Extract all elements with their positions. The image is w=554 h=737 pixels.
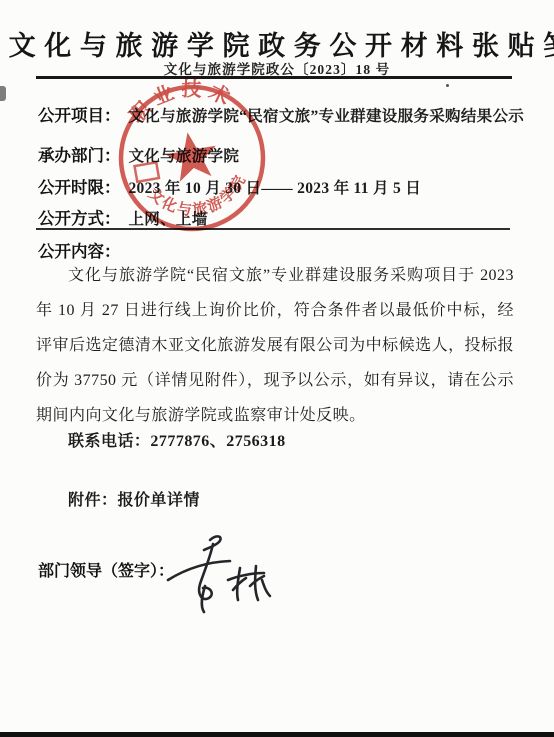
handwritten-signature xyxy=(158,528,278,628)
field-value: 2023 年 10 月 30 日—— 2023 年 11 月 5 日 xyxy=(129,178,422,200)
field-label: 承办部门： xyxy=(38,145,121,167)
document-number: 文化与旅游学院政公〔2023〕18 号 xyxy=(0,58,554,78)
contact-phone-line: 联系电话：2777876、2756318 xyxy=(68,428,286,451)
signature-label: 部门领导（签字）： xyxy=(38,558,174,581)
scan-bottom-edge xyxy=(0,732,554,737)
field-value: 文化与旅游学院“民宿文旅”专业群建设服务采购结果公示 xyxy=(129,106,525,128)
field-label: 公开方式： xyxy=(38,208,121,230)
scan-speck xyxy=(446,84,449,87)
field-value: 文化与旅游学院 xyxy=(129,146,240,168)
section-divider xyxy=(36,228,510,230)
field-label: 公开项目： xyxy=(38,105,121,127)
header-divider xyxy=(36,76,512,79)
attachment-line: 附件：报价单详情 xyxy=(68,487,200,510)
field-label: 公开时限： xyxy=(38,177,121,199)
field-undertaking-department: 承办部门： 文化与旅游学院 xyxy=(38,145,514,168)
content-paragraph: 文化与旅游学院“民宿文旅”专业群建设服务采购项目于 2023 年 10 月 27… xyxy=(36,258,514,433)
meta-fields: 公开项目： 文化与旅游学院“民宿文旅”专业群建设服务采购结果公示 承办部门： 文… xyxy=(38,103,514,231)
field-public-project: 公开项目： 文化与旅游学院“民宿文旅”专业群建设服务采购结果公示 xyxy=(38,105,514,128)
document-page: 文化与旅游学院政务公开材料张贴笺 文化与旅游学院政公〔2023〕18 号 公开项… xyxy=(0,0,554,737)
field-public-period: 公开时限： 2023 年 10 月 30 日—— 2023 年 11 月 5 日 xyxy=(38,177,514,200)
scan-edge-smudge xyxy=(0,86,6,101)
